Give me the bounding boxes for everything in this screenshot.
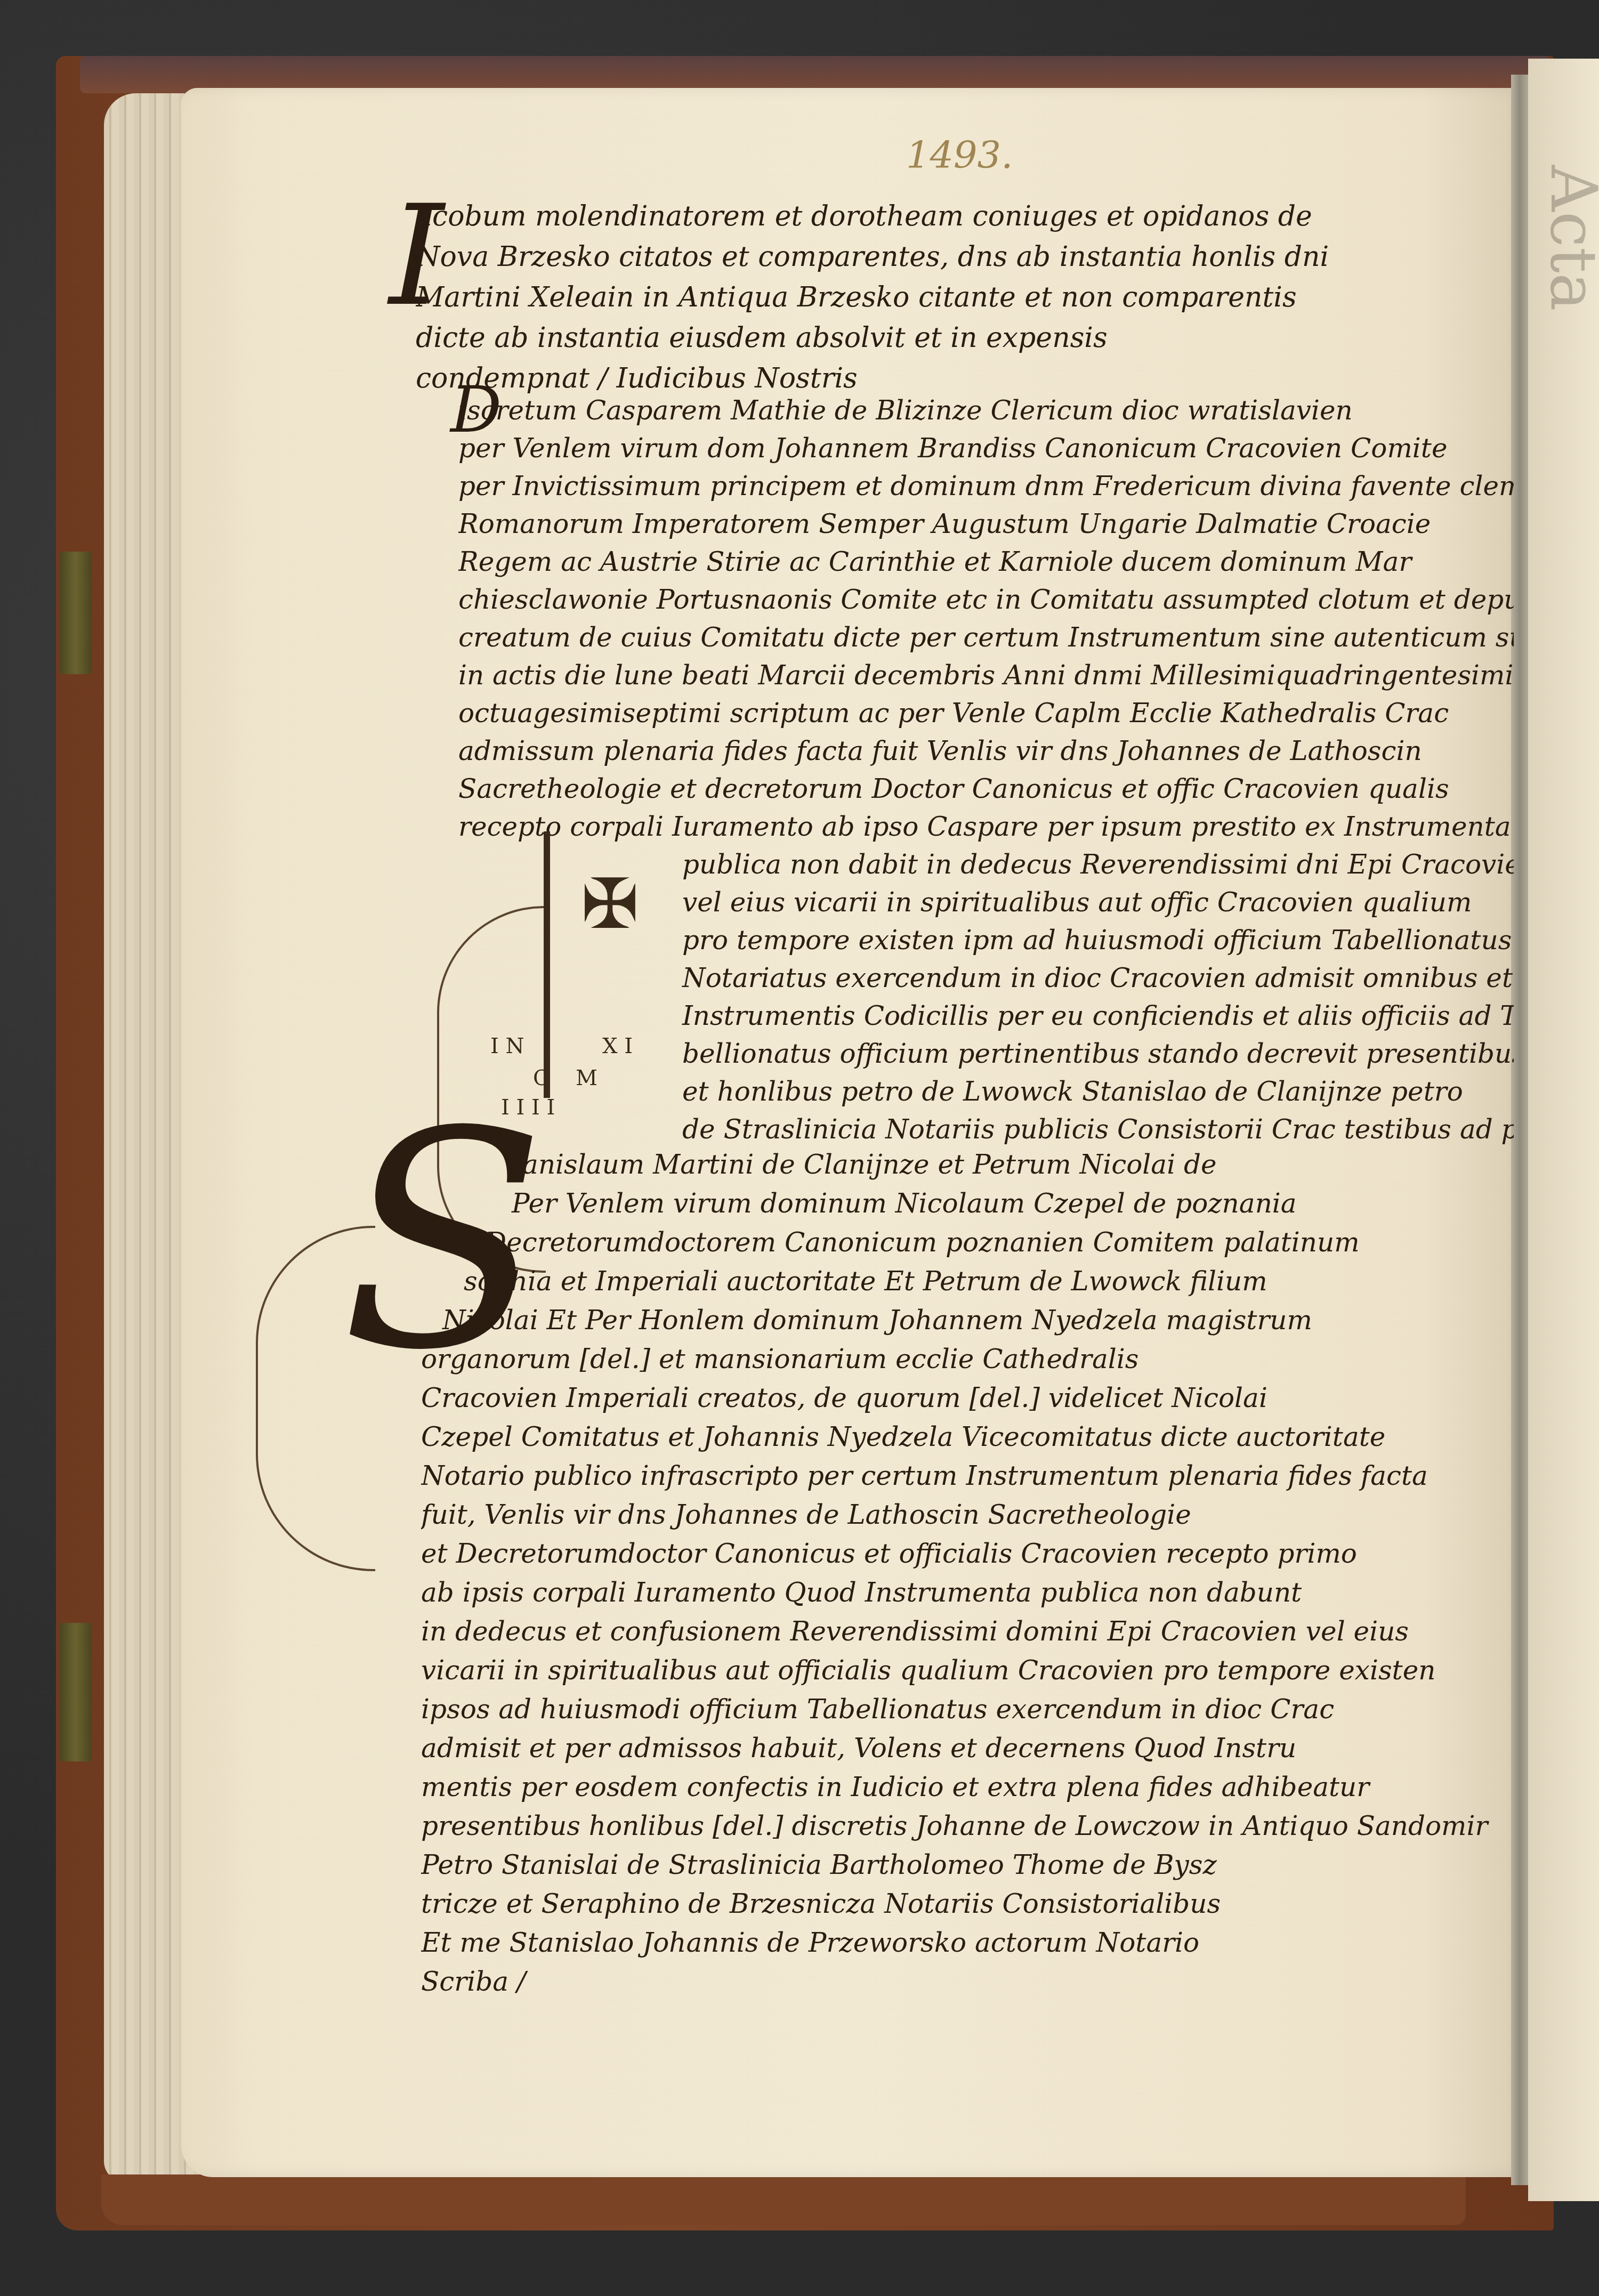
text-line: admisit et per admissos habuit, Volens e… <box>421 1735 1514 1774</box>
text-line: per Invictissimum principem et dominum d… <box>458 473 1514 511</box>
text-line: per Venlem virum dom Johannem Brandiss C… <box>458 435 1514 473</box>
text-line: Nova Brzesko citatos et comparentes, dns… <box>416 243 1508 284</box>
text-line: Martini Xeleain in Antiqua Brzesko citan… <box>416 284 1508 324</box>
text-line: acobum molendinatorem et dorotheam coniu… <box>416 203 1508 243</box>
cross-icon: ✠ <box>581 863 639 944</box>
cover-bottom-edge <box>101 2174 1466 2225</box>
entry-3: tanislaum Martini de Clanijnze et Petrum… <box>421 1151 1514 2007</box>
text-line: Decretorumdoctorem Canonicum poznanien C… <box>421 1229 1514 1268</box>
text-line: Et me Stanislao Johannis de Przeworsko a… <box>421 1929 1514 1968</box>
text-line: ab ipsis corpali Iuramento Quod Instrume… <box>421 1579 1514 1618</box>
text-line: Per Venlem virum dominum Nicolaum Czepel… <box>421 1190 1514 1229</box>
text-line: tricze et Seraphino de Brzesnicza Notari… <box>421 1890 1514 1929</box>
text-line: ipsos ad huiusmodi officium Tabellionatu… <box>421 1696 1514 1735</box>
sign-label: X I <box>602 1034 633 1058</box>
text-line: fuit, Venlis vir dns Johannes de Lathosc… <box>421 1501 1514 1540</box>
text-line: mentis per eosdem confectis in Iudicio e… <box>421 1774 1514 1813</box>
facing-page: Acta <box>1528 59 1599 2201</box>
text-line: Scriba / <box>421 1968 1514 2007</box>
text-line: in dedecus et confusionem Reverendissimi… <box>421 1618 1514 1657</box>
text-line: sophia et Imperiali auctoritate Et Petru… <box>421 1268 1514 1307</box>
text-line: Nicolai Et Per Honlem dominum Johannem N… <box>421 1307 1514 1346</box>
text-line: et Decretorumdoctor Canonicus et officia… <box>421 1540 1514 1579</box>
text-line: Cracovien Imperiali creatos, de quorum [… <box>421 1385 1514 1424</box>
text-line: Notario publico infrascripto per certum … <box>421 1462 1514 1501</box>
folio-number: 1493. <box>906 133 1013 177</box>
clasp-bottom <box>60 1623 92 1761</box>
sign-label: M <box>576 1066 597 1090</box>
text-line: octuagesimiseptimi scriptum ac per Venle… <box>458 700 1514 738</box>
text-line: Czepel Comitatus et Johannis Nyedzela Vi… <box>421 1424 1514 1462</box>
text-line: organorum [del.] et mansionarium ecclie … <box>421 1346 1514 1385</box>
text-line: chiesclawonie Portusnaonis Comite etc in… <box>458 586 1514 624</box>
clasp-top <box>60 552 92 674</box>
text-line: de Straslinicia Notariis publicis Consis… <box>458 1116 1514 1154</box>
text-line: creatum de cuius Comitatu dicte per cert… <box>458 624 1514 662</box>
text-line: dicte ab instantia eiusdem absolvit et i… <box>416 324 1508 365</box>
text-line: Romanorum Imperatorem Semper Augustum Un… <box>458 511 1514 548</box>
text-line: Petro Stanislai de Straslinicia Bartholo… <box>421 1852 1514 1890</box>
entry-1: acobum molendinatorem et dorotheam coniu… <box>416 203 1508 405</box>
text-line: in actis die lune beati Marcii decembris… <box>458 662 1514 700</box>
text-line: admissum plenaria fides facta fuit Venli… <box>458 738 1514 775</box>
facing-page-text: Acta <box>1536 165 1599 311</box>
text-line: Regem ac Austrie Stirie ac Carinthie et … <box>458 548 1514 586</box>
text-line: iscretum Casparem Mathie de Blizinze Cle… <box>458 397 1514 435</box>
text-line: Sacretheologie et decretorum Doctor Cano… <box>458 775 1514 813</box>
sign-label: I N <box>490 1034 524 1058</box>
sign-stem <box>544 831 550 1098</box>
text-line: presentibus honlibus [del.] discretis Jo… <box>421 1813 1514 1852</box>
text-line: vicarii in spiritualibus aut officialis … <box>421 1657 1514 1696</box>
text-line: tanislaum Martini de Clanijnze et Petrum… <box>421 1151 1514 1190</box>
